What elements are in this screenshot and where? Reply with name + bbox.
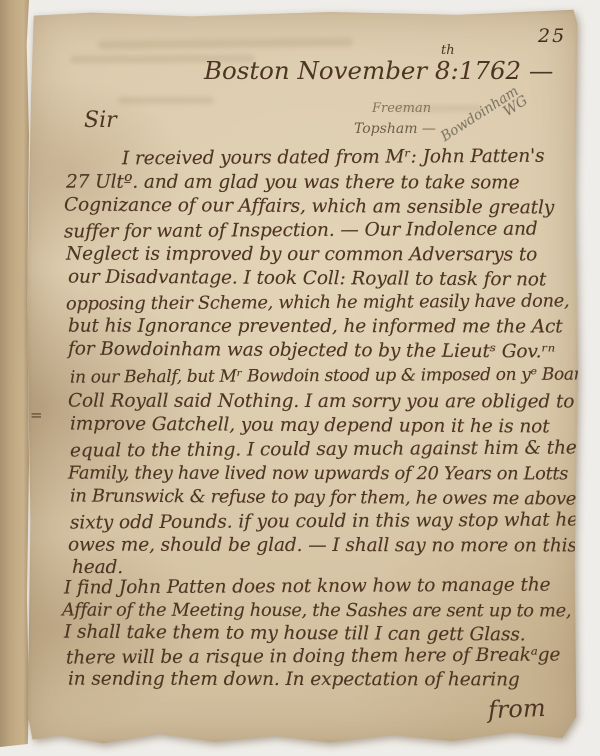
letter-line: Cognizance of our Affairs, which am sens… [64,195,554,219]
letter-line: Coll Royall said Nothing. I am sorry you… [68,391,574,413]
scanned-letter: 25 Boston November 8:1762 — th Freeman T… [0,0,600,756]
letter-line: opposing their Scheme, which he might ea… [66,290,569,314]
letter-line: I shall take them to my house till I can… [64,622,526,646]
letter-line: in Brunswick & refuse to pay for them, h… [70,485,576,509]
bleed-through-smudge [98,37,353,49]
letter-line: our Disadvantage. I took Coll: Royall to… [68,267,546,291]
letter-line: suffer for want of Inspection. — Our Ind… [64,219,538,243]
letter-line: but his Ignorance prevented, he informed… [68,316,563,338]
date-superscript: th [441,43,455,58]
letter-line: 27 Ultº. and am glad you was there to ta… [66,172,519,194]
dateline: Boston November 8:1762 — th [204,56,553,85]
bleed-through-smudge [118,97,214,104]
letter-sheet: 25 Boston November 8:1762 — th Freeman T… [26,9,579,744]
letter-line: there will be a risque in doing them her… [66,644,560,668]
annotation-bowdoinham-diagonal: Bowdoinham WG [438,82,531,156]
letter-line: in our Behalf, but Mʳ Bowdoin stood up &… [70,364,597,387]
salutation: Sir [84,108,117,133]
letter-line: sixty odd Pounds. if you could in this w… [70,509,578,533]
letter-line: Neglect is improved by our common Advers… [66,244,537,266]
archive-page-number: 25 [538,25,566,47]
annotation-topsham: Topsham — [354,121,436,137]
letter-line: improve Gatchell, you may depend upon it… [70,414,550,438]
letter-line: I find John Patten does not know how to … [64,575,551,599]
letter-line: owes me, should be glad. — I shall say n… [68,535,577,557]
letter-line: head. [72,557,123,578]
letter-line: equal to the thing. I could say much aga… [70,437,577,461]
letter-line: I received yours dated from Mʳ: John Pat… [122,146,545,170]
letter-line: in sending them down. In expectation of … [68,669,520,691]
catchword-from: from [488,694,547,724]
annotation-freeman: Freeman [372,101,431,116]
letter-line: Affair of the Meeting house, the Sashes … [62,600,571,622]
paper-wrap: 25 Boston November 8:1762 — th Freeman T… [0,0,600,756]
dateline-text: Boston November 8:1762 — [204,56,553,85]
letter-line: for Bowdoinham was objected to by the Li… [68,339,555,363]
letter-line: Family, they have lived now upwards of 2… [68,463,568,485]
margin-mark: = [30,406,43,424]
